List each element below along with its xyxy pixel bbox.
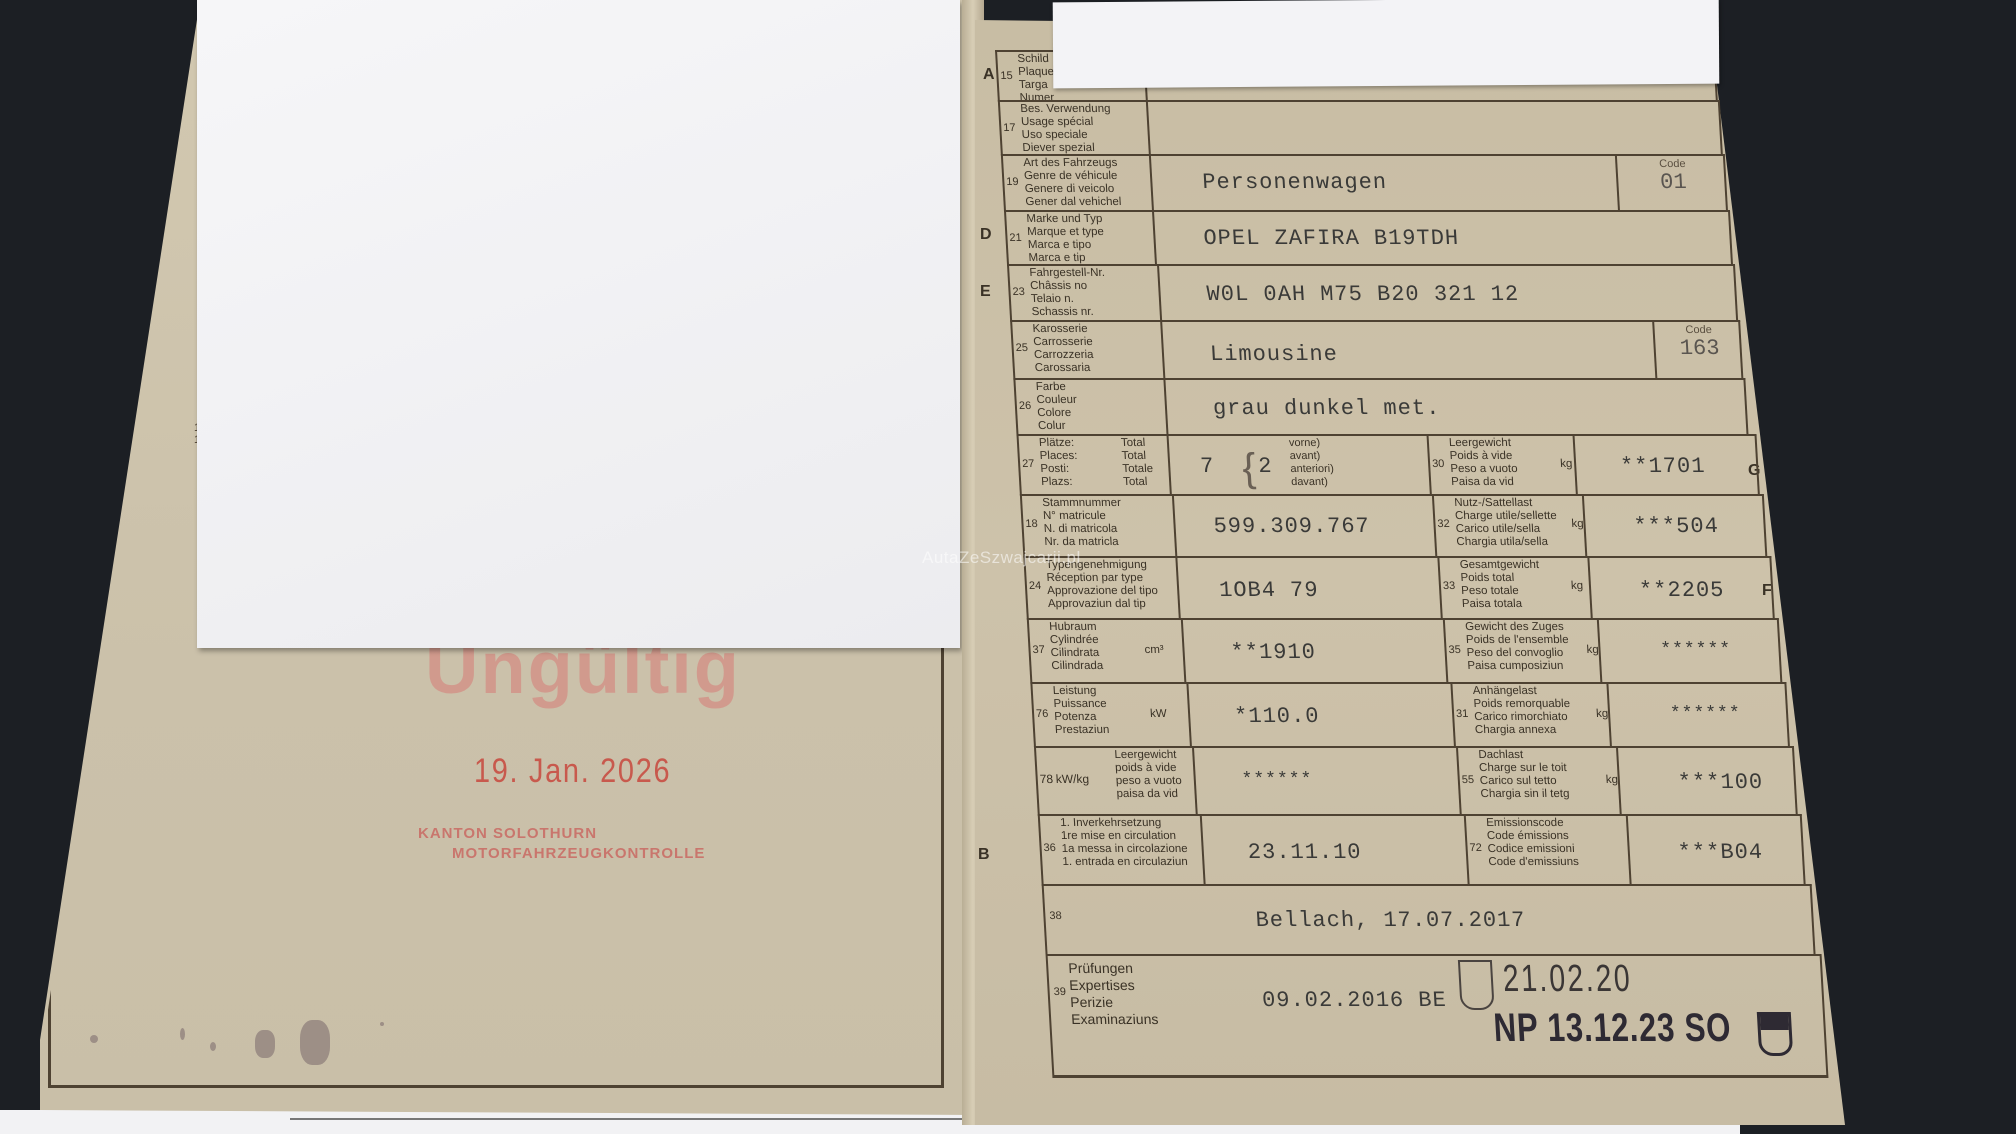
row-26-color: 26 FarbeCouleurColoreColur grau dunkel m… xyxy=(1013,378,1748,434)
row-19-vehicle-type: 19 Art des FahrzeugsGenre de véhiculeGen… xyxy=(1001,154,1728,210)
row-24-type-approval: 24 TypengenehmigungRéception par typeApp… xyxy=(1023,556,1774,618)
side-letter-d: D xyxy=(980,226,992,244)
vehicle-type-value: Personenwagen xyxy=(1202,170,1388,195)
brace-icon: { xyxy=(1241,446,1258,491)
empty-weight-value: **1701 xyxy=(1620,454,1707,479)
side-letter-a: A xyxy=(983,66,995,84)
row-39-inspections: 39 PrüfungenExpertisesPerizieExaminaziun… xyxy=(1046,954,1829,1078)
emission-code-value: ***B04 xyxy=(1677,840,1764,865)
solothurn-coat-of-arms-icon xyxy=(1757,1012,1793,1056)
color-value: grau dunkel met. xyxy=(1212,396,1441,421)
row-78-power-weight: 78 kW/kg Leergewichtpoids à videpeso a v… xyxy=(1034,746,1798,814)
bern-coat-of-arms-icon xyxy=(1458,960,1495,1010)
body-code: Code 163 xyxy=(1652,322,1745,378)
ink-stains xyxy=(90,1010,390,1070)
row-23-chassis: 23 Fahrgestell-Nr.Châssis noTelaio n.Sch… xyxy=(1007,264,1738,320)
place-date-value: Bellach, 17.07.2017 xyxy=(1255,908,1526,933)
cover-sheet-left xyxy=(197,0,960,648)
stamp-org-line1: KANTON SOLOTHURN xyxy=(418,825,597,842)
row-76-power: 76 LeistungPuissancePotenzaPrestaziun kW… xyxy=(1030,682,1790,746)
roof-load-value: ***100 xyxy=(1677,770,1764,795)
row-21-make-model: 21 Marke und TypMarque et typeMarca e ti… xyxy=(1004,210,1733,264)
inspection-stamp-date: 21.02.20 xyxy=(1502,958,1633,1001)
label-55: 55 DachlastCharge sur le toitCarico sul … xyxy=(1456,748,1622,814)
payload-value: ***504 xyxy=(1633,514,1720,539)
make-model-value: OPEL ZAFIRA B19TDH xyxy=(1203,226,1460,251)
body-value: Limousine xyxy=(1209,342,1338,367)
label-72: 72 EmissionscodeCode émissionsCodice emi… xyxy=(1464,816,1632,884)
seats-front-value: 2 xyxy=(1258,454,1274,479)
power-weight-value: ****** xyxy=(1241,770,1313,790)
row-36-first-registration: 36 1. Inverkehrsetzung1re mise en circul… xyxy=(1038,814,1806,884)
row-37-displacement: 37 HubraumCylindréeCilindrataCilindrada … xyxy=(1027,618,1783,682)
displacement-value: **1910 xyxy=(1230,640,1317,665)
cover-sheet-right xyxy=(1053,0,1720,88)
watermark: AutaZeSzwajcarii.pl xyxy=(922,548,1081,568)
side-letter-e: E xyxy=(980,283,991,301)
label-35: 35 Gewicht des ZugesPoids de l'ensembleP… xyxy=(1443,620,1602,682)
total-weight-value: **2205 xyxy=(1639,578,1726,603)
first-registration-value: 23.11.10 xyxy=(1247,840,1362,865)
label-31: 31 AnhängelastPoids remorquableCarico ri… xyxy=(1450,684,1611,746)
vehicle-type-code: Code 01 xyxy=(1615,156,1730,210)
towing-weight-value: ****** xyxy=(1670,704,1742,724)
label-30: 30 LeergewichtPoids à videPeso a vuotoPa… xyxy=(1427,436,1578,494)
train-weight-value: ****** xyxy=(1660,640,1732,660)
label-32: 32 Nutz-/SattellastCharge utile/sellette… xyxy=(1432,496,1587,556)
power-value: *110.0 xyxy=(1234,704,1321,729)
chassis-value: W0L 0AH M75 B20 321 12 xyxy=(1206,282,1520,307)
inspection-value: 09.02.2016 BE xyxy=(1261,988,1447,1013)
row-27-seats: 27 Plätze:Places:Posti:Plazs: TotalTotal… xyxy=(1016,434,1759,494)
seats-total-value: 7 xyxy=(1200,454,1216,479)
row-18-matricule: 18 StammnummerN° matriculeN. di matricol… xyxy=(1020,494,1767,556)
label-33: 33 GesamtgewichtPoids totalPeso totalePa… xyxy=(1437,558,1592,618)
inspection-stamp-np: NP 13.12.23 SO xyxy=(1492,1006,1732,1051)
side-letter-b: B xyxy=(978,846,990,864)
matricule-value: 599.309.767 xyxy=(1213,514,1371,539)
type-approval-value: 1OB4 79 xyxy=(1219,578,1320,603)
row-25-body: 25 KarosserieCarrosserieCarrozzeriaCaros… xyxy=(1010,320,1743,378)
row-17-special-use: 17 Bes. VerwendungUsage spécialUso speci… xyxy=(998,100,1723,154)
invalid-stamp-date: 19. Jan. 2026 xyxy=(474,752,671,791)
row-38-place-date: 38 Bellach, 17.07.2017 xyxy=(1042,884,1816,954)
stamp-org-line2: MOTORFAHRZEUGKONTROLLE xyxy=(452,845,705,862)
